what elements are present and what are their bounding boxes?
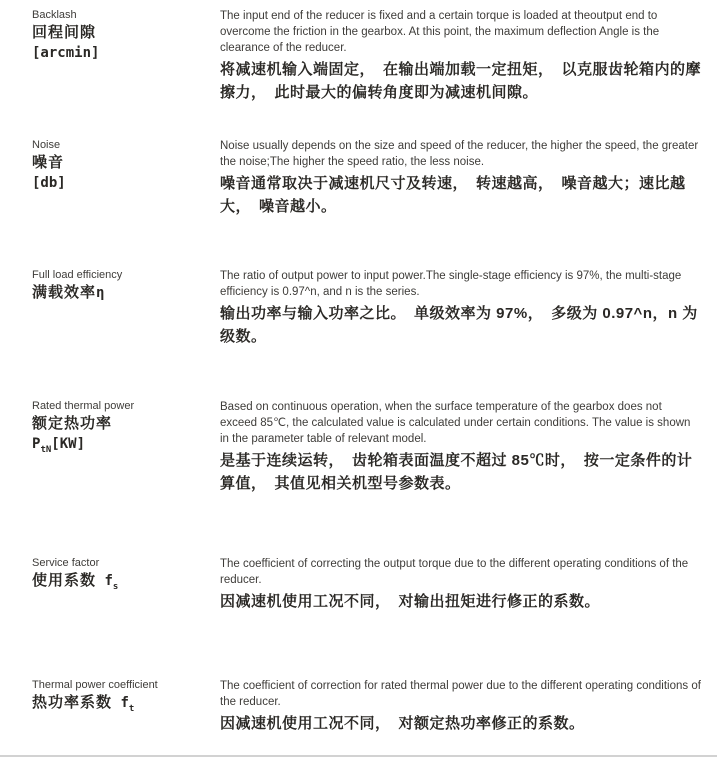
term-symbol-subscript: t <box>129 704 134 714</box>
term-english: Backlash <box>32 8 212 22</box>
term-unit: [db] <box>32 173 212 193</box>
definition-chinese: 是基于连续运转， 齿轮箱表面温度不超过 85℃时， 按一定条件的计算值， 其值见… <box>220 449 702 495</box>
term-chinese-text: 回程间隙 <box>32 24 96 41</box>
term-english: Thermal power coefficient <box>32 678 212 692</box>
term-unit: [arcmin] <box>32 43 212 63</box>
term-column: Backlash 回程间隙 [arcmin] <box>32 8 212 63</box>
term-english: Rated thermal power <box>32 399 212 413</box>
term-symbol: f <box>96 573 113 589</box>
definition-column: The coefficient of correction for rated … <box>220 678 702 735</box>
definition-chinese: 因减速机使用工况不同， 对额定热功率修正的系数。 <box>220 712 702 735</box>
term-chinese: 满载效率η <box>32 282 212 304</box>
definition-column: The ratio of output power to input power… <box>220 268 702 348</box>
term-chinese: 回程间隙 <box>32 22 212 43</box>
definition-chinese: 输出功率与输入功率之比。 单级效率为 97%， 多级为 0.97^n，n 为级数… <box>220 302 702 348</box>
term-chinese: 额定热功率 <box>32 413 212 434</box>
definition-chinese: 将减速机输入端固定， 在输出端加载一定扭矩， 以克服齿轮箱内的摩擦力， 此时最大… <box>220 58 702 104</box>
term-unit-text: [arcmin] <box>32 45 99 61</box>
term-chinese: 热功率系数 ft <box>32 692 212 716</box>
term-column: Thermal power coefficient 热功率系数 ft <box>32 678 212 716</box>
term-chinese-text: 满载效率 <box>32 284 96 301</box>
term-chinese: 使用系数 fs <box>32 570 212 594</box>
term-column: Rated thermal power 额定热功率 PtN[KW] <box>32 399 212 456</box>
term-chinese-text: 噪音 <box>32 154 64 171</box>
bottom-divider <box>0 755 717 757</box>
term-english: Noise <box>32 138 212 152</box>
term-chinese: 噪音 <box>32 152 212 173</box>
term-symbol: η <box>96 285 104 301</box>
definition-english: The coefficient of correction for rated … <box>220 678 702 710</box>
term-unit: PtN[KW] <box>32 434 212 456</box>
term-column: Noise 噪音 [db] <box>32 138 212 193</box>
definition-column: The input end of the reducer is fixed an… <box>220 8 702 104</box>
definition-english: Based on continuous operation, when the … <box>220 399 702 447</box>
definition-english: The ratio of output power to input power… <box>220 268 702 300</box>
definition-column: Noise usually depends on the size and sp… <box>220 138 702 218</box>
term-column: Full load efficiency 满载效率η <box>32 268 212 304</box>
definition-english: The coefficient of correcting the output… <box>220 556 702 588</box>
definition-column: The coefficient of correcting the output… <box>220 556 702 613</box>
term-unit-tail: [KW] <box>51 436 85 452</box>
definition-english: The input end of the reducer is fixed an… <box>220 8 702 56</box>
term-unit-text: [db] <box>32 175 66 191</box>
term-chinese-text: 热功率系数 <box>32 694 112 711</box>
definition-english: Noise usually depends on the size and sp… <box>220 138 702 170</box>
glossary-page: Backlash 回程间隙 [arcmin] The input end of … <box>0 0 717 759</box>
term-chinese-text: 使用系数 <box>32 572 96 589</box>
term-unit-subscript: tN <box>40 445 51 455</box>
definition-chinese: 因减速机使用工况不同， 对输出扭矩进行修正的系数。 <box>220 590 702 613</box>
definition-column: Based on continuous operation, when the … <box>220 399 702 495</box>
term-chinese-text: 额定热功率 <box>32 415 112 432</box>
term-english: Service factor <box>32 556 212 570</box>
term-symbol: f <box>112 695 129 711</box>
definition-chinese: 噪音通常取决于减速机尺寸及转速， 转速越高， 噪音越大；速比越大， 噪音越小。 <box>220 172 702 218</box>
term-english: Full load efficiency <box>32 268 212 282</box>
term-symbol-subscript: s <box>113 582 118 592</box>
term-column: Service factor 使用系数 fs <box>32 556 212 594</box>
